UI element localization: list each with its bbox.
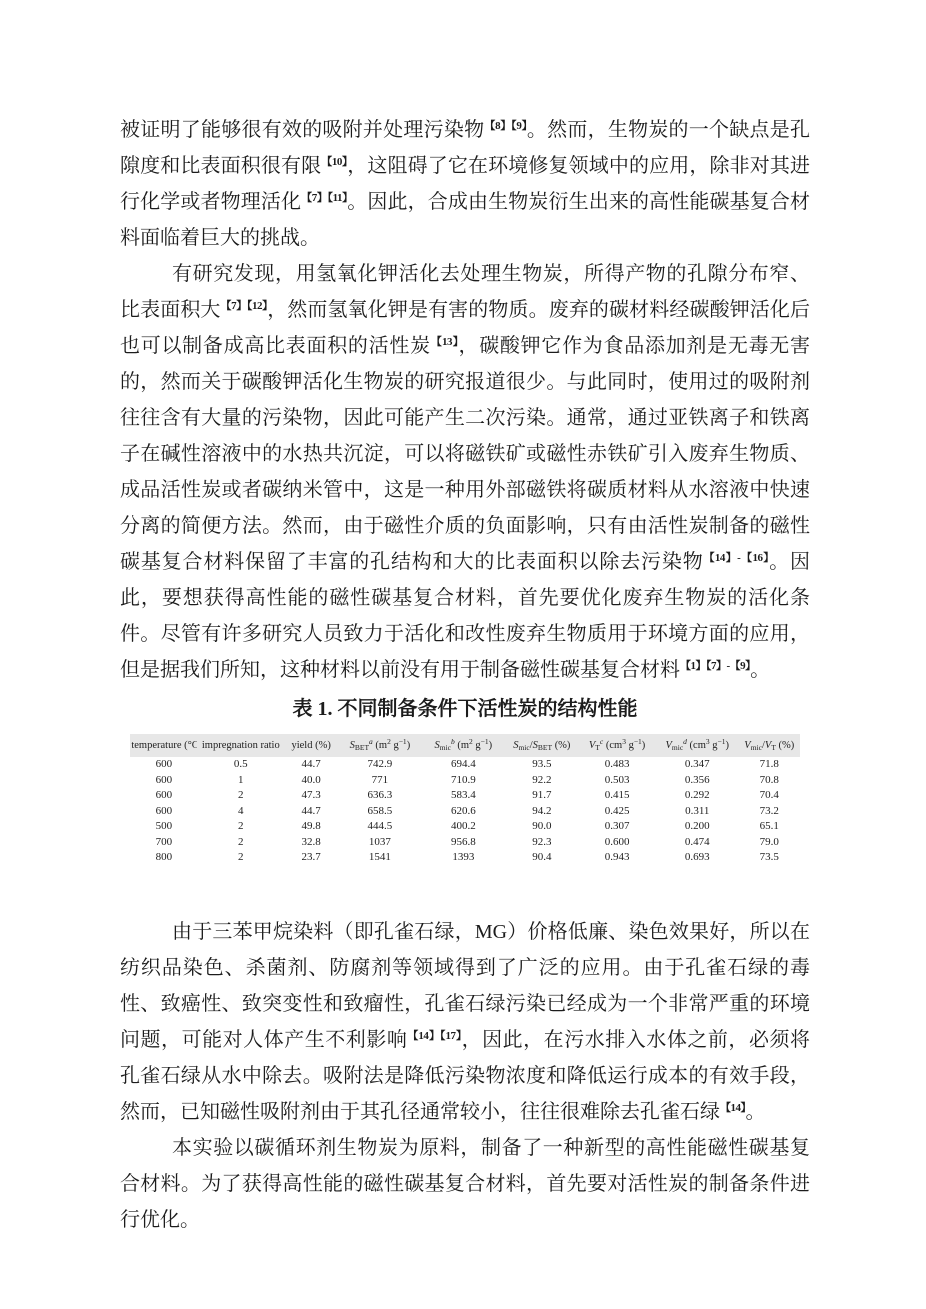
table-cell: 444.5 — [338, 819, 421, 835]
table-cell: 90.0 — [505, 819, 579, 835]
table-cell: 47.3 — [284, 788, 338, 804]
table-cell: 600 — [130, 757, 197, 773]
table-cell: 0.483 — [579, 757, 656, 773]
table-cell: 90.4 — [505, 850, 579, 866]
table-cell: 65.1 — [739, 819, 800, 835]
citation-ref: 【14】 — [720, 1102, 746, 1114]
table-1-header: temperature (°C)impregnation ratioyield … — [130, 734, 799, 757]
table-cell: 0.307 — [579, 819, 656, 835]
table-cell: 0.5 — [197, 757, 284, 773]
table-1-body: 6000.544.7742.9694.493.50.4830.34771.860… — [130, 757, 799, 866]
table-row: 700232.81037956.892.30.6000.47479.0 — [130, 835, 799, 851]
table-cell: 710.9 — [422, 773, 505, 789]
citation-ref: 【7】【11】 — [301, 192, 347, 204]
table-cell: 79.0 — [739, 835, 800, 851]
table-cell: 92.2 — [505, 773, 579, 789]
table-cell: 0.200 — [656, 819, 739, 835]
table-cell: 620.6 — [422, 804, 505, 820]
table-cell: 500 — [130, 819, 197, 835]
table-cell: 1037 — [338, 835, 421, 851]
column-header-vmic-vt-pct: Vmic/VT (%) — [739, 734, 800, 757]
table-cell: 0.693 — [656, 850, 739, 866]
table-cell: 600 — [130, 788, 197, 804]
table-cell: 956.8 — [422, 835, 505, 851]
table-cell: 1393 — [422, 850, 505, 866]
table-cell: 0.311 — [656, 804, 739, 820]
citation-ref: 【1】【7】-【9】 — [680, 660, 750, 672]
table-cell: 94.2 — [505, 804, 579, 820]
table-cell: 93.5 — [505, 757, 579, 773]
table-cell: 0.503 — [579, 773, 656, 789]
citation-ref: 【10】 — [321, 156, 347, 168]
table-row: 500249.8444.5400.290.00.3070.20065.1 — [130, 819, 799, 835]
table-cell: 0.943 — [579, 850, 656, 866]
table-cell: 0.600 — [579, 835, 656, 851]
table-cell: 71.8 — [739, 757, 800, 773]
table-cell: 92.3 — [505, 835, 579, 851]
column-header-v-mic: Vmicd (cm3 g−1) — [656, 734, 739, 757]
table-row: 600444.7658.5620.694.20.4250.31173.2 — [130, 804, 799, 820]
table-cell: 771 — [338, 773, 421, 789]
body-text-after-table: 由于三苯甲烷染料（即孔雀石绿，MG）价格低廉、染色效果好，所以在纺织品染色、杀菌… — [120, 914, 810, 1238]
paragraph: 本实验以碳循环剂生物炭为原料，制备了一种新型的高性能磁性碳基复合材料。为了获得高… — [120, 1130, 810, 1238]
table-cell: 44.7 — [284, 804, 338, 820]
table-cell: 4 — [197, 804, 284, 820]
table-row: 600140.0771710.992.20.5030.35670.8 — [130, 773, 799, 789]
table-cell: 2 — [197, 850, 284, 866]
table-cell: 600 — [130, 804, 197, 820]
table-cell: 73.2 — [739, 804, 800, 820]
column-header-yield-pct: yield (%) — [284, 734, 338, 757]
table-row: 6000.544.7742.9694.493.50.4830.34771.8 — [130, 757, 799, 773]
paragraph: 被证明了能够很有效的吸附并处理污染物【8】【9】。然而，生物炭的一个缺点是孔隙度… — [120, 112, 810, 256]
table-cell: 0.415 — [579, 788, 656, 804]
table-cell: 600 — [130, 773, 197, 789]
table-cell: 400.2 — [422, 819, 505, 835]
citation-ref: 【13】 — [431, 336, 459, 348]
table-cell: 658.5 — [338, 804, 421, 820]
table-cell: 0.347 — [656, 757, 739, 773]
table-cell: 32.8 — [284, 835, 338, 851]
table-cell: 70.8 — [739, 773, 800, 789]
column-header-s-mic: Smicb (m2 g−1) — [422, 734, 505, 757]
table-cell: 49.8 — [284, 819, 338, 835]
table-cell: 583.4 — [422, 788, 505, 804]
table-cell: 40.0 — [284, 773, 338, 789]
table-cell: 694.4 — [422, 757, 505, 773]
table-header-row: temperature (°C)impregnation ratioyield … — [130, 734, 799, 757]
table-cell: 742.9 — [338, 757, 421, 773]
column-header-smic-sbet-pct: Smic/SBET (%) — [505, 734, 579, 757]
paragraph: 由于三苯甲烷染料（即孔雀石绿，MG）价格低廉、染色效果好，所以在纺织品染色、杀菌… — [120, 914, 810, 1130]
table-cell: 23.7 — [284, 850, 338, 866]
body-text-before-table: 被证明了能够很有效的吸附并处理污染物【8】【9】。然而，生物炭的一个缺点是孔隙度… — [120, 112, 810, 688]
column-header-v-t: VTc (cm3 g−1) — [579, 734, 656, 757]
table-cell: 2 — [197, 835, 284, 851]
table-row: 800223.71541139390.40.9430.69373.5 — [130, 850, 799, 866]
citation-ref: 【14】-【16】 — [704, 552, 770, 564]
table-1-block: 表 1. 不同制备条件下活性炭的结构性能 temperature (°C)imp… — [120, 695, 810, 866]
table-cell: 0.425 — [579, 804, 656, 820]
citation-ref: 【8】【9】 — [484, 120, 526, 132]
table-cell: 44.7 — [284, 757, 338, 773]
table-cell: 800 — [130, 850, 197, 866]
column-header-s-bet: SBETa (m2 g−1) — [338, 734, 421, 757]
paragraph: 有研究发现，用氢氧化钾活化去处理生物炭，所得产物的孔隙分布窄、比表面积大【7】【… — [120, 256, 810, 688]
table-1: temperature (°C)impregnation ratioyield … — [130, 734, 799, 866]
table-cell: 1541 — [338, 850, 421, 866]
table-cell: 2 — [197, 788, 284, 804]
table-cell: 0.474 — [656, 835, 739, 851]
table-cell: 91.7 — [505, 788, 579, 804]
table-1-caption: 表 1. 不同制备条件下活性炭的结构性能 — [120, 695, 810, 723]
table-cell: 70.4 — [739, 788, 800, 804]
column-header-temperature-c: temperature (°C) — [130, 734, 197, 757]
table-cell: 1 — [197, 773, 284, 789]
table-cell: 0.356 — [656, 773, 739, 789]
table-row: 600247.3636.3583.491.70.4150.29270.4 — [130, 788, 799, 804]
table-cell: 636.3 — [338, 788, 421, 804]
table-cell: 2 — [197, 819, 284, 835]
column-header-impregnation-ratio: impregnation ratio — [197, 734, 284, 757]
document-page: 被证明了能够很有效的吸附并处理污染物【8】【9】。然而，生物炭的一个缺点是孔隙度… — [0, 0, 926, 1309]
table-cell: 700 — [130, 835, 197, 851]
table-cell: 73.5 — [739, 850, 800, 866]
citation-ref: 【14】【17】 — [407, 1030, 461, 1042]
citation-ref: 【7】【12】 — [221, 300, 268, 312]
table-cell: 0.292 — [656, 788, 739, 804]
